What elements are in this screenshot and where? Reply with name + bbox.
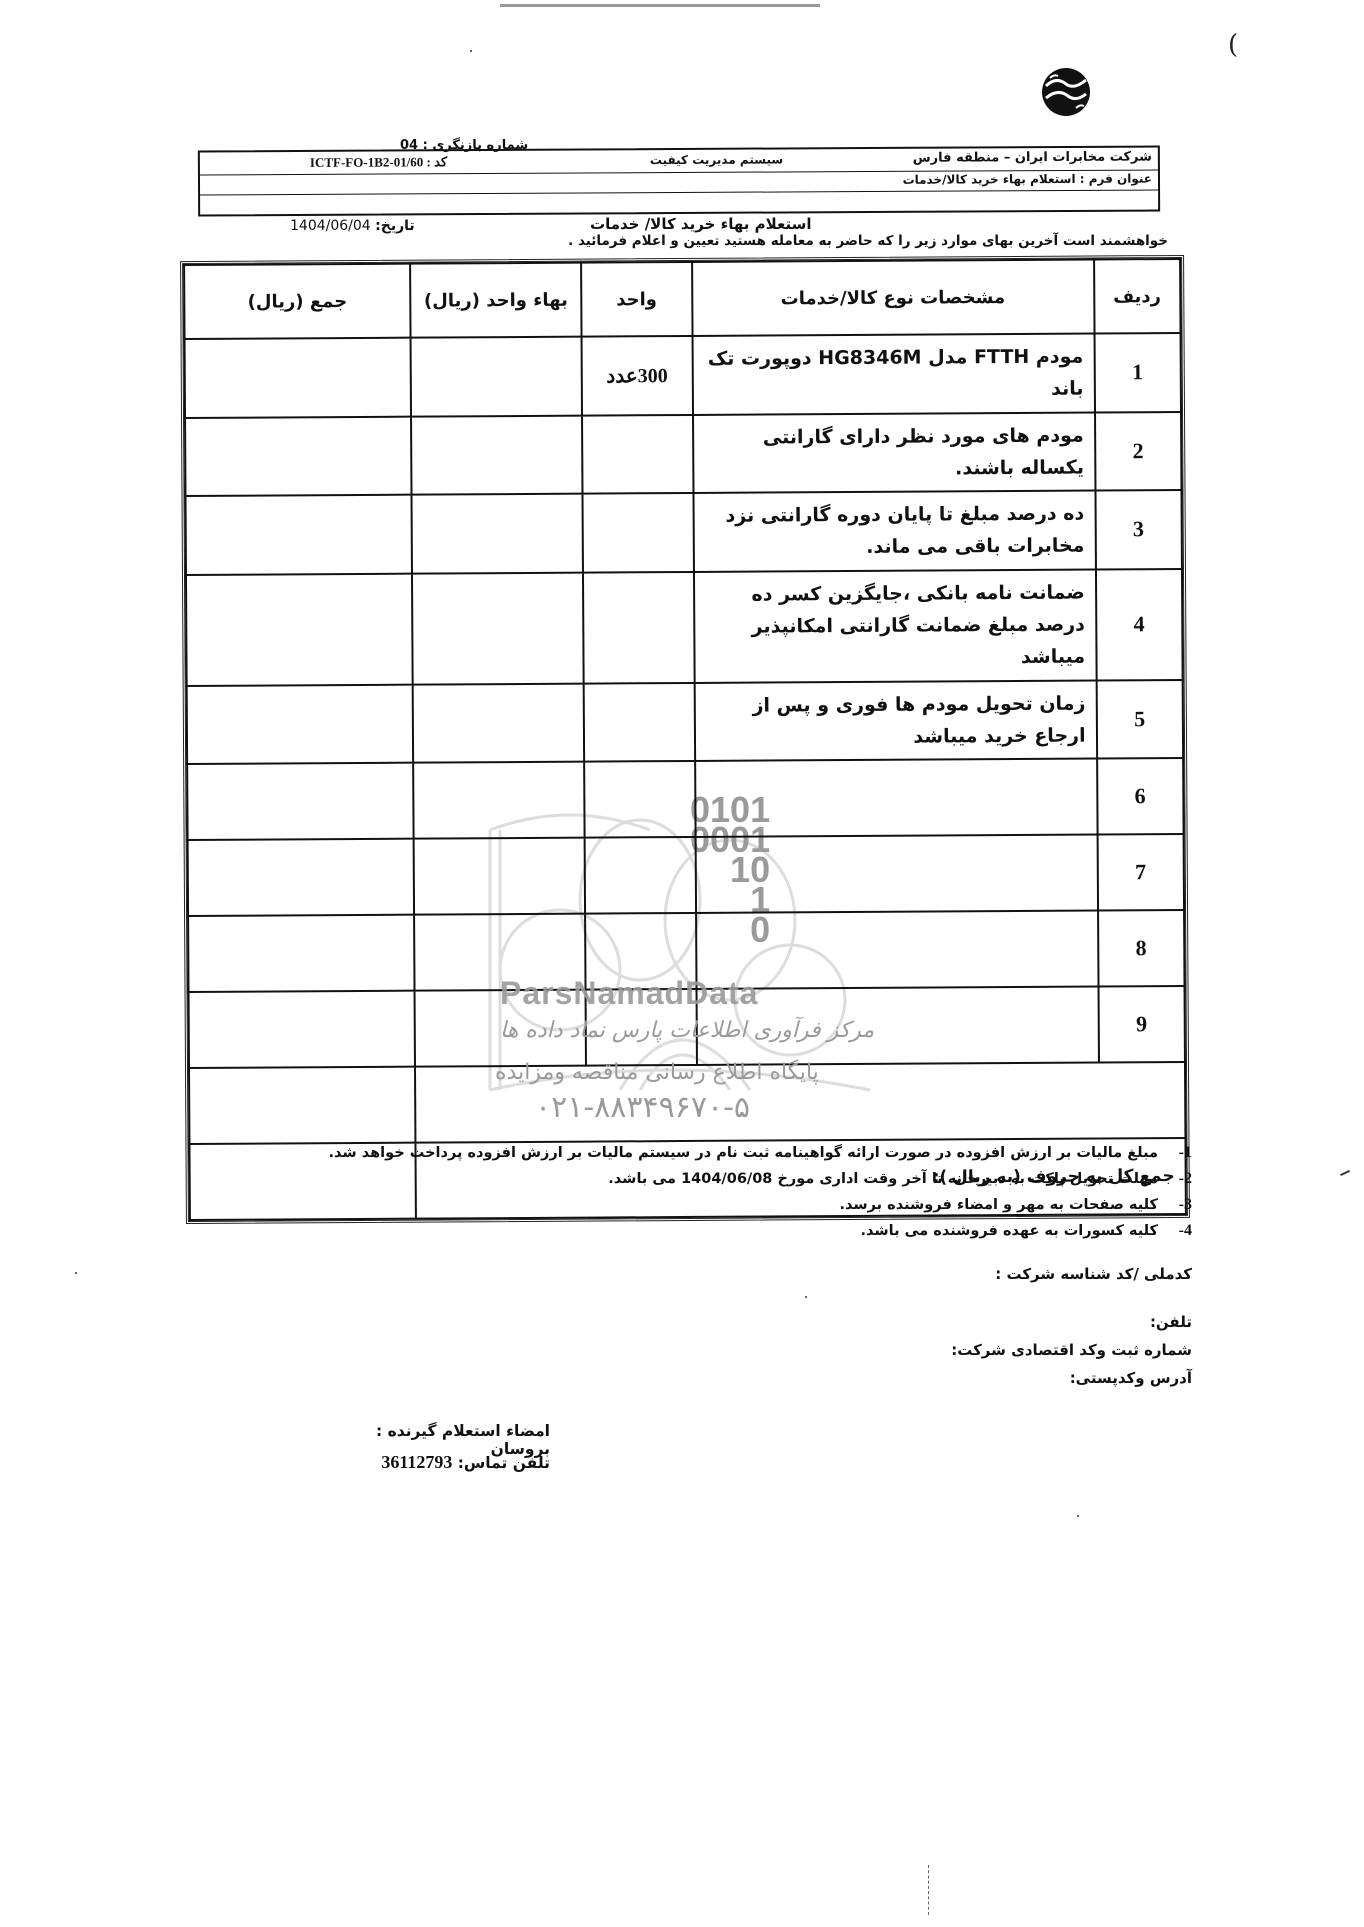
row-number: 7 bbox=[1097, 834, 1184, 911]
header-row-2: عنوان فرم : استعلام بهاء خرید کالا/خدمات bbox=[200, 169, 1158, 195]
row-total[interactable] bbox=[188, 839, 415, 916]
row-unit[interactable] bbox=[584, 761, 695, 838]
watermark-line2: پایگاه اطلاع رسانی مناقصه ومزایده bbox=[495, 1060, 819, 1085]
phone-field[interactable]: تلفن: bbox=[1150, 1313, 1192, 1331]
row-number: 5 bbox=[1096, 680, 1183, 759]
document-date: تاریخ: 1404/06/04 bbox=[290, 218, 415, 234]
note-text: مبلغ مالیات بر ارزش افزوده در صورت ارائه… bbox=[329, 1145, 1158, 1161]
scan-dot bbox=[75, 1272, 77, 1274]
table-row: 4 ضمانت نامه بانکی ،جایگزین کسر ده درصد … bbox=[186, 569, 1183, 686]
row-unit-price[interactable] bbox=[413, 683, 584, 763]
notes-list: 1-مبلغ مالیات بر ارزش افزوده در صورت ارا… bbox=[192, 1140, 1192, 1244]
contact-phone: تلفن تماس: 36112793 bbox=[360, 1452, 550, 1473]
watermark-phone: ۰۲۱-۸۸۳۴۹۶۷۰-۵ bbox=[535, 1090, 750, 1125]
row-total[interactable] bbox=[185, 416, 412, 496]
note-number: 4- bbox=[1158, 1218, 1192, 1244]
watermark-line1: مرکز فرآوری اطلاعات پارس نماد داده ها bbox=[500, 1018, 874, 1043]
col-header-unit: واحد bbox=[581, 262, 692, 337]
row-unit: 300عدد bbox=[582, 336, 693, 415]
scan-artifact bbox=[928, 1865, 931, 1915]
col-header-description: مشخصات نوع کالا/خدمات bbox=[692, 259, 1094, 335]
scan-dot bbox=[805, 1296, 807, 1298]
row-unit bbox=[583, 493, 694, 572]
scan-artifact bbox=[1340, 1170, 1350, 1176]
row-number: 2 bbox=[1095, 412, 1182, 491]
scan-mark: ( bbox=[1228, 30, 1238, 60]
form-code: کد : ICTF-FO-1B2-01/60 bbox=[310, 154, 447, 171]
form-title: عنوان فرم : استعلام بهاء خرید کالا/خدمات bbox=[903, 172, 1153, 187]
scan-dot bbox=[1077, 1515, 1079, 1517]
quality-system-label: سیستم مدیریت کیفیت bbox=[650, 152, 783, 167]
date-value: 1404/06/04 bbox=[290, 218, 371, 234]
col-header-row: ردیف bbox=[1094, 259, 1181, 334]
row-description[interactable] bbox=[695, 835, 1097, 913]
address-field[interactable]: آدرس وکدپستی: bbox=[1070, 1369, 1192, 1387]
row-total[interactable] bbox=[186, 573, 413, 685]
note-item: 4-کلیه کسورات به عهده فروشنده می باشد. bbox=[192, 1218, 1192, 1244]
document-title: استعلام بهاء خرید کالا/ خدمات bbox=[590, 215, 812, 233]
row-unit-price[interactable] bbox=[411, 337, 582, 417]
intro-text: خواهشمند است آخرین بهای موارد زیر را که … bbox=[168, 233, 1168, 249]
table-row: 1 مودم FTTH مدل HG8346M دوپورت تک باند 3… bbox=[185, 333, 1181, 418]
row-total[interactable] bbox=[187, 684, 414, 764]
row-unit-price[interactable] bbox=[414, 838, 585, 915]
row-total[interactable] bbox=[187, 763, 414, 840]
scan-dot bbox=[470, 50, 472, 52]
note-item: 3-کلیه صفحات به مهر و امضاء فروشنده برسد… bbox=[192, 1192, 1192, 1218]
summary-total-cell[interactable] bbox=[189, 1067, 416, 1144]
table-row: 5 زمان تحویل مودم ها فوری و پس از ارجاع … bbox=[187, 680, 1183, 765]
row-unit-price[interactable] bbox=[412, 494, 583, 574]
row-number: 4 bbox=[1096, 569, 1183, 680]
watermark-brand: ParsNamadData bbox=[500, 975, 758, 1012]
contact-phone-value: 36112793 bbox=[381, 1452, 452, 1472]
contact-phone-label: تلفن تماس: bbox=[452, 1454, 550, 1472]
col-header-unit-price: بهاء واحد (ریال) bbox=[410, 263, 581, 338]
row-number: 8 bbox=[1098, 910, 1185, 987]
row-total[interactable] bbox=[186, 495, 413, 575]
registration-field[interactable]: شماره ثبت وکد اقتصادی شرکت: bbox=[951, 1341, 1192, 1359]
national-id-field[interactable]: کدملی /کد شناسه شرکت : bbox=[995, 1265, 1192, 1283]
row-number: 9 bbox=[1098, 986, 1185, 1063]
note-text: مهلت تحویل پاکت به دبیرخانه تا آخر وقت ا… bbox=[608, 1171, 1158, 1187]
table-header-row: ردیف مشخصات نوع کالا/خدمات واحد بهاء واح… bbox=[184, 259, 1180, 339]
table-row: 6 bbox=[187, 758, 1183, 840]
row-unit-price[interactable] bbox=[412, 572, 584, 684]
company-name: شرکت مخابرات ایران – منطقه فارس bbox=[913, 150, 1152, 166]
date-label: تاریخ: bbox=[375, 218, 415, 234]
note-text: کلیه صفحات به مهر و امضاء فروشنده برسد. bbox=[840, 1197, 1158, 1213]
note-item: 2-مهلت تحویل پاکت به دبیرخانه تا آخر وقت… bbox=[192, 1166, 1192, 1192]
row-description[interactable] bbox=[695, 759, 1097, 837]
row-total[interactable] bbox=[189, 991, 416, 1068]
row-description: مودم FTTH مدل HG8346M دوپورت تک باند bbox=[692, 333, 1094, 414]
row-unit-price[interactable] bbox=[411, 415, 582, 495]
row-unit bbox=[583, 572, 694, 684]
scan-artifact bbox=[500, 4, 820, 7]
note-number: 3- bbox=[1158, 1192, 1192, 1218]
table-row: 2 مودم های مورد نظر دارای گارانتی یکساله… bbox=[185, 412, 1181, 497]
row-unit-price[interactable] bbox=[413, 762, 584, 839]
row-description: ضمانت نامه بانکی ،جایگزین کسر ده درصد مب… bbox=[694, 569, 1097, 682]
form-header-box: شرکت مخابرات ایران – منطقه فارس سیستم مد… bbox=[198, 145, 1160, 216]
note-number: 1- bbox=[1158, 1140, 1192, 1166]
note-number: 2- bbox=[1158, 1166, 1192, 1192]
row-total[interactable] bbox=[188, 915, 415, 992]
row-unit bbox=[582, 415, 693, 494]
row-description: مودم های مورد نظر دارای گارانتی یکساله ب… bbox=[693, 412, 1095, 493]
row-number: 6 bbox=[1097, 758, 1184, 835]
row-total[interactable] bbox=[185, 338, 412, 418]
note-item: 1-مبلغ مالیات بر ارزش افزوده در صورت ارا… bbox=[192, 1140, 1192, 1166]
table-row: 3 ده درصد مبلغ تا پایان دوره گارانتی نزد… bbox=[186, 490, 1182, 575]
row-unit[interactable] bbox=[585, 837, 696, 914]
row-unit bbox=[584, 683, 695, 762]
col-header-total: جمع (ریال) bbox=[184, 264, 411, 339]
row-description: ده درصد مبلغ تا پایان دوره گارانتی نزد م… bbox=[693, 491, 1095, 572]
row-description: زمان تحویل مودم ها فوری و پس از ارجاع خر… bbox=[694, 680, 1096, 761]
row-number: 3 bbox=[1095, 490, 1182, 569]
company-logo-icon bbox=[1040, 66, 1092, 118]
note-text: کلیه کسورات به عهده فروشنده می باشد. bbox=[861, 1223, 1159, 1239]
table-row: 7 bbox=[188, 834, 1184, 916]
row-number: 1 bbox=[1094, 333, 1181, 412]
